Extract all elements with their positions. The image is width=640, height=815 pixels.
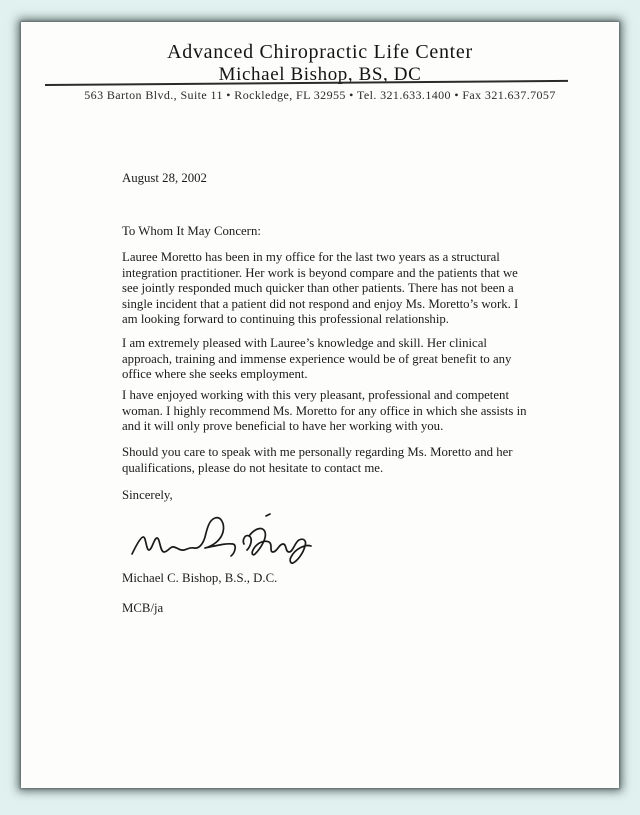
letterhead-address-line: 563 Barton Blvd., Suite 11 • Rockledge, … xyxy=(21,88,619,103)
letter-paragraph: Lauree Moretto has been in my office for… xyxy=(122,250,528,328)
letter-signed-name: Michael C. Bishop, B.S., D.C. xyxy=(122,571,528,587)
letter-paragraph: I have enjoyed working with this very pl… xyxy=(122,388,528,435)
letter-salutation: To Whom It May Concern: xyxy=(122,224,528,240)
handwritten-signature-image xyxy=(124,509,324,569)
letter-page: Advanced Chiropractic Life Center Michae… xyxy=(21,22,619,788)
letter-reference-initials: MCB/ja xyxy=(122,601,528,617)
letter-closing: Sincerely, xyxy=(122,488,528,504)
letter-date: August 28, 2002 xyxy=(122,171,528,187)
letterhead-organization: Advanced Chiropractic Life Center xyxy=(21,41,619,64)
letter-paragraph: I am extremely pleased with Lauree’s kno… xyxy=(122,336,528,383)
letter-paragraph: Should you care to speak with me persona… xyxy=(122,445,528,476)
